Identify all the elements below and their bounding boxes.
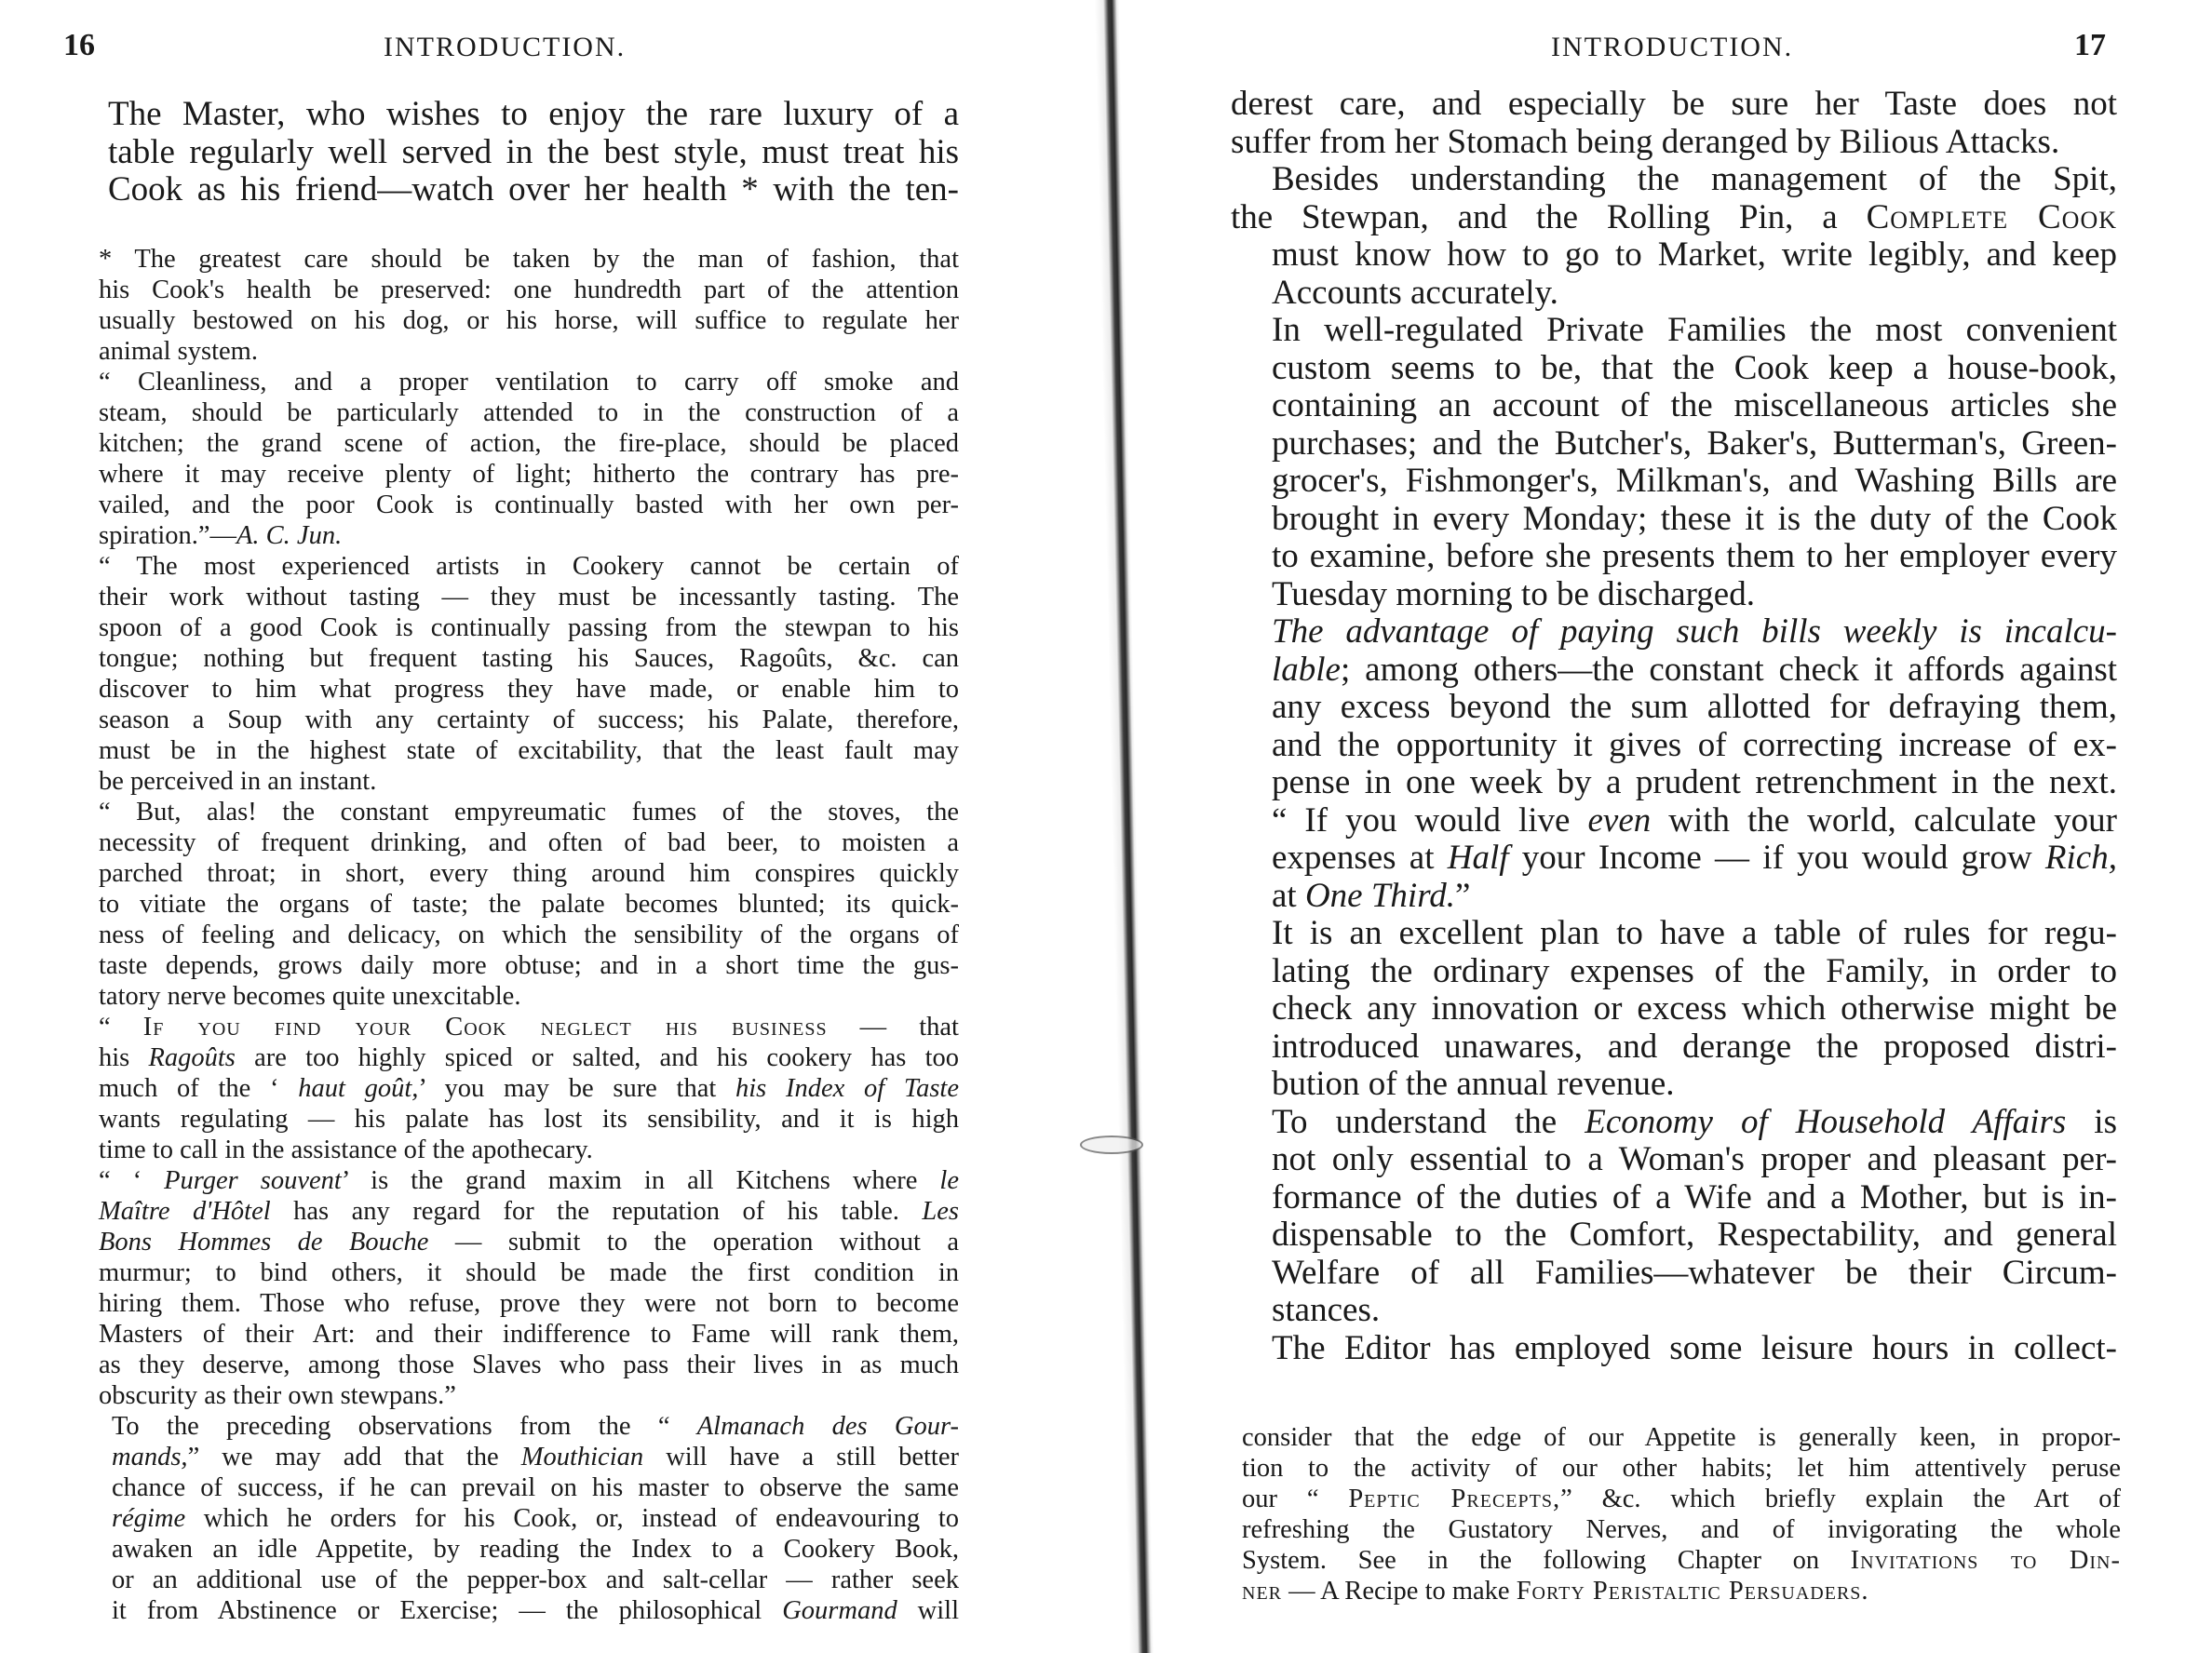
paragraph: In well-regulated Private Families the m… <box>1231 312 2117 613</box>
paragraph: It is an excellent plan to have a table … <box>1231 915 2117 1104</box>
footnote-paragraph: consider that the edge of our Appetite i… <box>1242 1422 2121 1606</box>
paragraph: The Editor has employed some leisure hou… <box>1231 1330 2117 1368</box>
footnote-paragraph: “ ‘ Purger souvent’ is the grand maxim i… <box>67 1165 959 1411</box>
page-number: 16 <box>63 28 95 63</box>
right-page: INTRODUCTION. 17 derest care, and especi… <box>1117 0 2212 1653</box>
page-number: 17 <box>2074 28 2106 63</box>
attribution: A. C. Jun. <box>236 521 342 550</box>
book-spread: 16 INTRODUCTION. The Master, who wishes … <box>0 0 2212 1653</box>
main-text: The Master, who wishes to enjoy the rare… <box>67 96 959 209</box>
paragraph: The Master, who wishes to enjoy the rare… <box>67 96 959 209</box>
footnote-paragraph: “ If you find your Cook neglect his busi… <box>67 1012 959 1165</box>
footnote-paragraph: “ The most experienced artists in Cooker… <box>67 551 959 797</box>
main-text: derest care, and especially be sure her … <box>1231 86 2117 1367</box>
footnote-paragraph: To the preceding observations from the “… <box>67 1411 959 1626</box>
paragraph: derest care, and especially be sure her … <box>1231 86 2117 161</box>
paragraph: To understand the Economy of Household A… <box>1231 1104 2117 1330</box>
footnote-paragraph: “ But, alas! the constant empyreumatic f… <box>67 797 959 1012</box>
footnote: * The greatest care should be taken by t… <box>67 244 959 1626</box>
footnote-paragraph: * The greatest care should be taken by t… <box>67 244 959 367</box>
left-page: 16 INTRODUCTION. The Master, who wishes … <box>0 0 1099 1653</box>
paragraph: The advantage of paying such bills weekl… <box>1231 613 2117 915</box>
paragraph: Besides understanding the management of … <box>1231 161 2117 312</box>
footnote-paragraph: “ Cleanliness, and a proper ventilation … <box>67 367 959 551</box>
footnote: consider that the edge of our Appetite i… <box>1242 1422 2121 1606</box>
running-head: INTRODUCTION. <box>1551 32 1793 63</box>
running-head: INTRODUCTION. <box>384 32 626 63</box>
